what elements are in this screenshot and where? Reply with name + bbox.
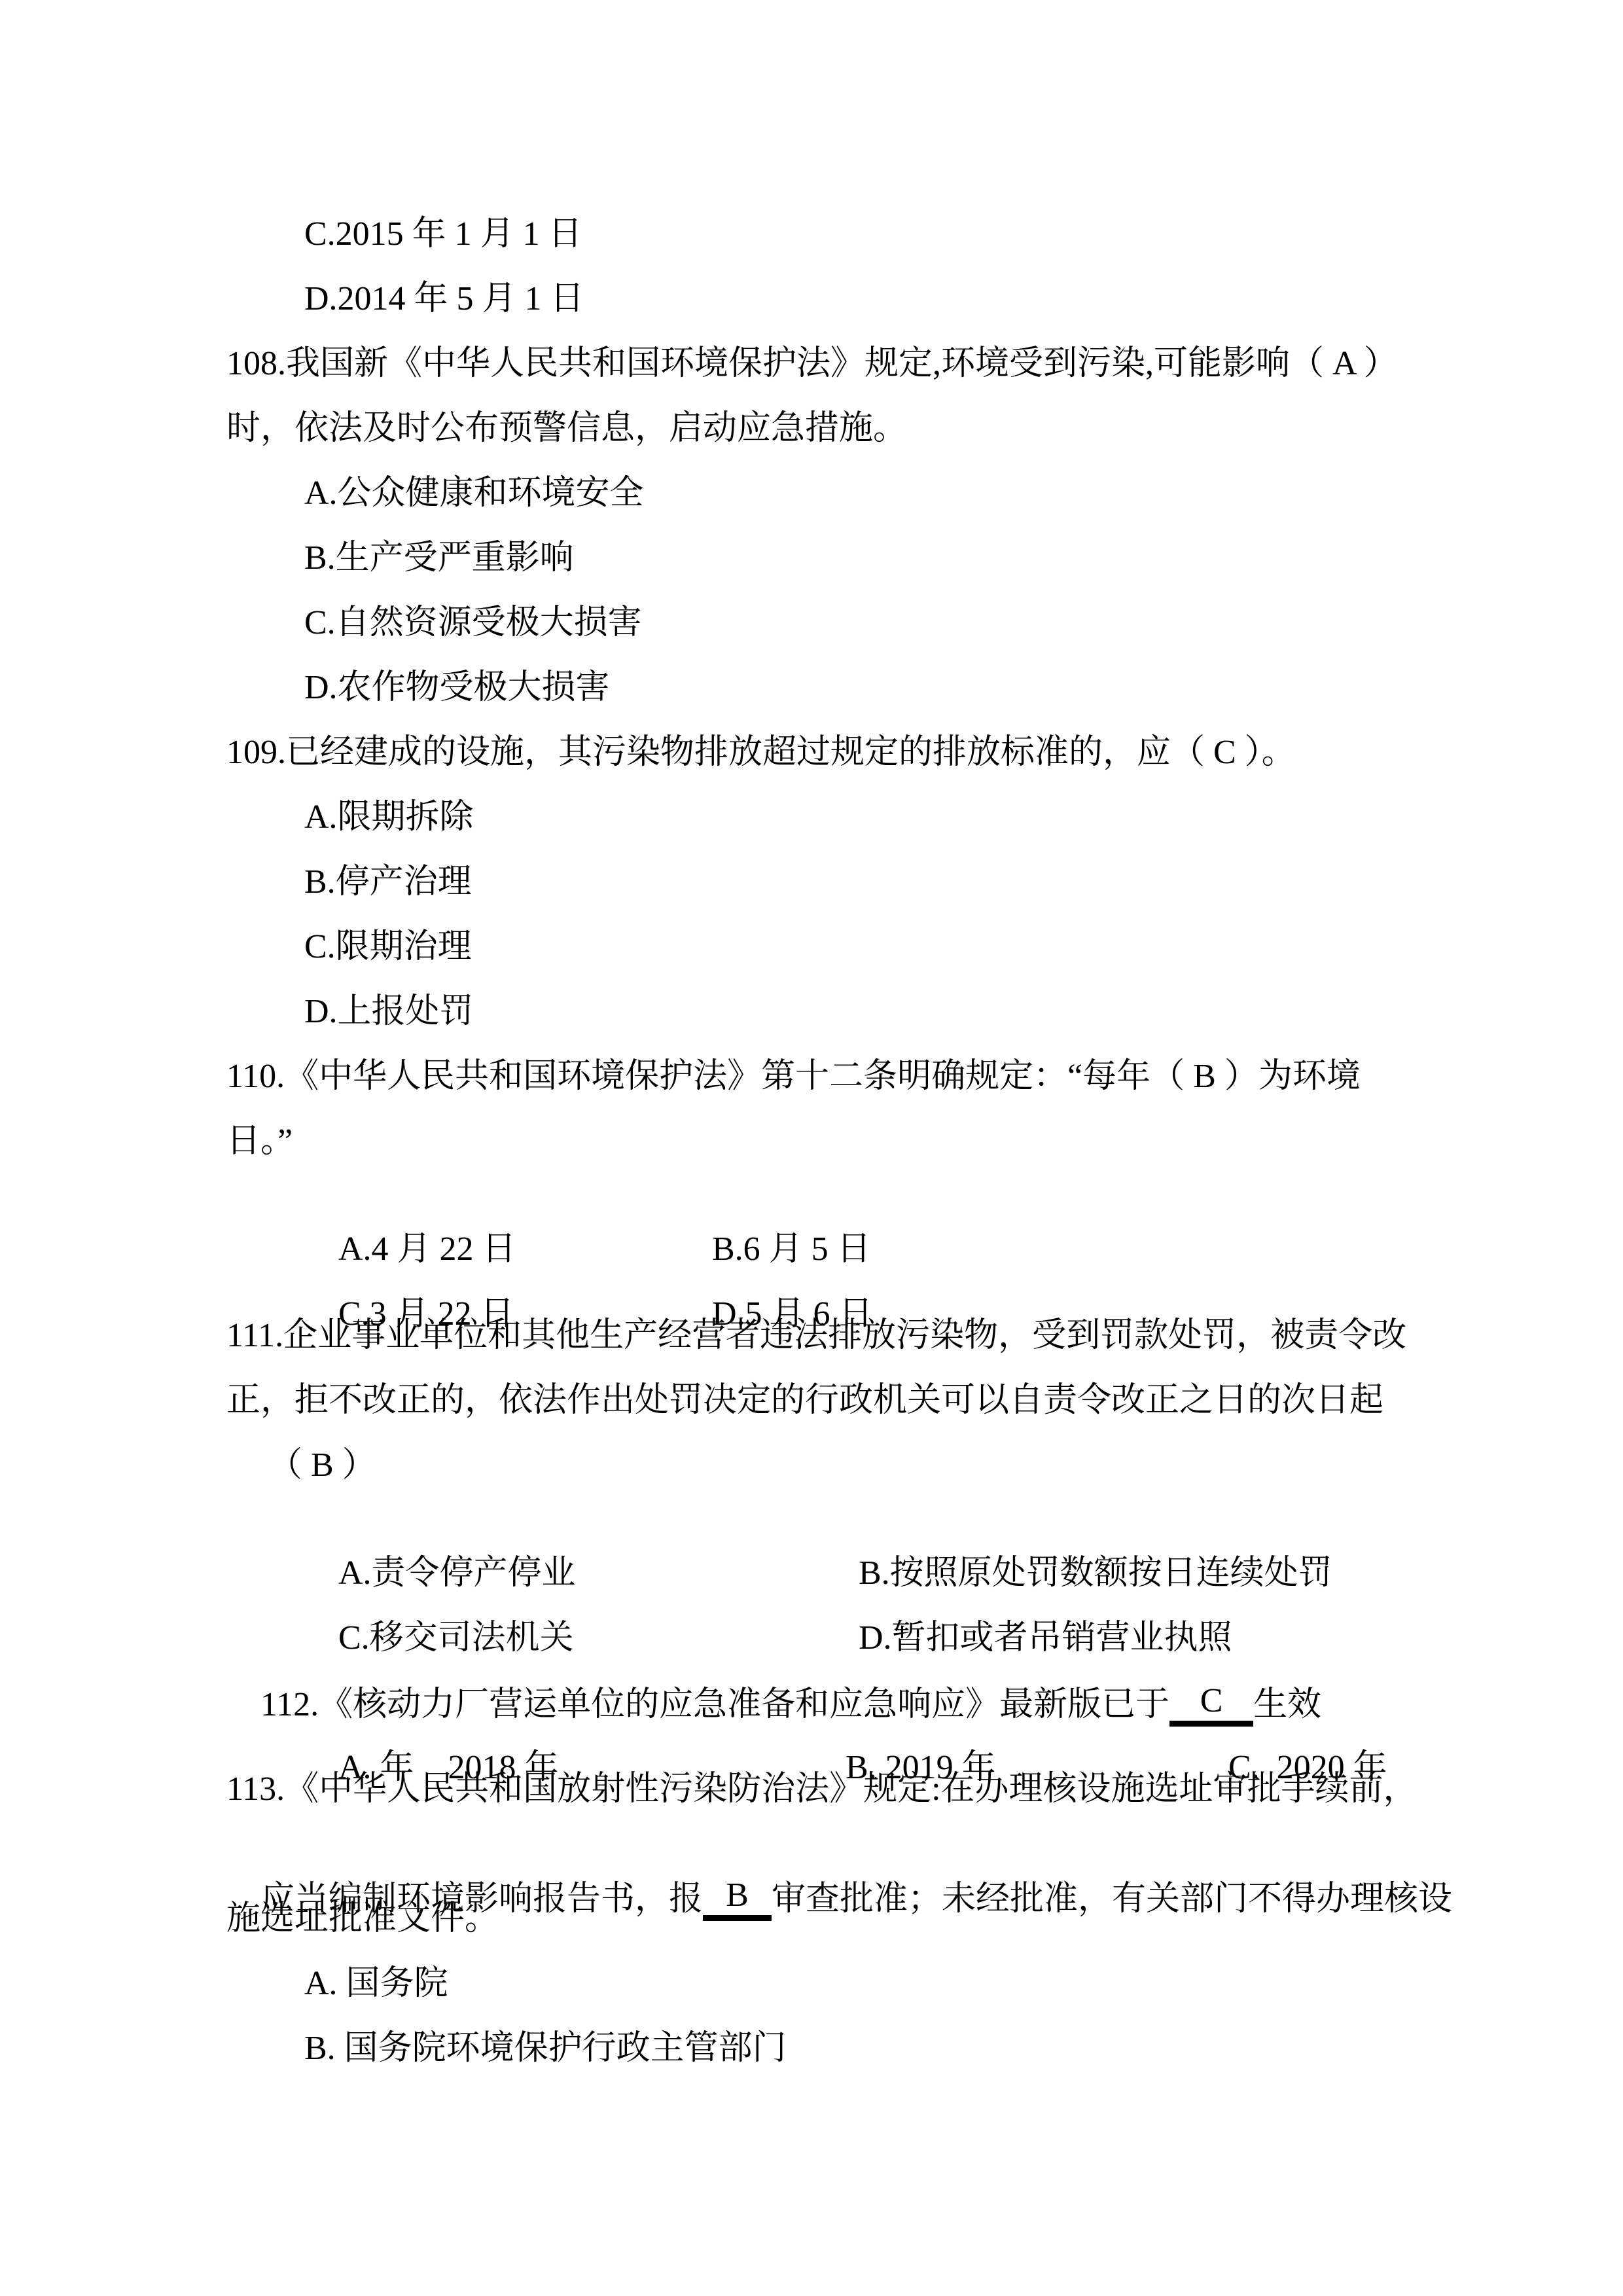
q107-option-c: C.2015 年 1 月 1 日 — [304, 213, 582, 256]
option-text: C.自然资源受极大损害 — [304, 604, 642, 641]
q109-option-c: C.限期治理 — [304, 925, 472, 969]
q109-stem: 109.已经建成的设施，其污染物排放超过规定的排放标准的，应（ C ）。 — [226, 731, 1296, 774]
q113-stem-line-1: 113.《中华人民共和国放射性污染防治法》规定:在办理核设施选址审批手续前， — [226, 1768, 1418, 1811]
q108-option-c: C.自然资源受极大损害 — [304, 601, 642, 645]
stem-text: 111.企业事业单位和其他生产经营者违法排放污染物，受到罚款处罚，被责令改 — [226, 1317, 1406, 1354]
q111-stem-line-2: 正，拒不改正的，依法作出处罚决定的行政机关可以自责令改正之日的次日起 — [226, 1379, 1383, 1422]
stem-text: 113.《中华人民共和国放射性污染防治法》规定:在办理核设施选址审批手续前， — [226, 1770, 1418, 1808]
stem-text: 109.已经建成的设施，其污染物排放超过规定的排放标准的，应（ C ）。 — [226, 734, 1296, 771]
q113-option-a: A. 国务院 — [304, 1962, 448, 2005]
option-text: A. 国务院 — [304, 1965, 448, 2002]
q111-options-row-ab: A.责令停产停业B.按照原处罚数额按日连续处罚 — [304, 1509, 1332, 1552]
q110-stem-line-1: 110.《中华人民共和国环境保护法》第十二条明确规定：“每年（ B ）为环境 — [226, 1055, 1361, 1098]
q112-options-row: A. 年 2018 年B. 2019 年C. 2020 年 — [304, 1703, 1387, 1746]
q108-option-b: B.生产受严重影响 — [304, 537, 574, 580]
q112-stem: 112.《核动力厂营运单位的应急准备和应急响应》最新版已于C生效 — [226, 1638, 1321, 1681]
q113-option-b: B. 国务院环境保护行政主管部门 — [304, 2027, 787, 2070]
option-text: D.2014 年 5 月 1 日 — [304, 280, 584, 317]
q109-option-d: D.上报处罚 — [304, 990, 474, 1033]
option-text: B. 国务院环境保护行政主管部门 — [304, 2030, 787, 2067]
q110-options-row-ab: A.4 月 22 日B.6 月 5 日 — [304, 1185, 871, 1228]
q108-stem-line-1: 108.我国新《中华人民共和国环境保护法》规定,环境受到污染,可能影响（ A ） — [226, 342, 1398, 386]
q108-option-d: D.农作物受极大损害 — [304, 666, 610, 709]
answer-blank-underline: B — [703, 1876, 772, 1921]
q109-option-b: B.停产治理 — [304, 861, 472, 904]
q113-stem-line-3: 施选址批准文件。 — [226, 1897, 499, 1941]
option-text: C.限期治理 — [304, 928, 472, 965]
option-text: A.限期拆除 — [304, 798, 474, 836]
q108-stem-line-2: 时，依法及时公布预警信息，启动应急措施。 — [226, 407, 907, 450]
q107-option-d: D.2014 年 5 月 1 日 — [304, 278, 584, 321]
option-text: A.公众健康和环境安全 — [304, 475, 644, 512]
q111-answer-paren: （ B ） — [268, 1444, 376, 1487]
q111-options-row-cd: C.移交司法机关D.暂扣或者吊销营业执照 — [304, 1573, 1232, 1617]
stem-text: 日。” — [226, 1122, 293, 1160]
option-text: B.停产治理 — [304, 863, 472, 901]
document-page: C.2015 年 1 月 1 日 D.2014 年 5 月 1 日 108.我国… — [0, 0, 1623, 2296]
stem-text: 施选址批准文件。 — [226, 1900, 499, 1937]
stem-text: 正，拒不改正的，依法作出处罚决定的行政机关可以自责令改正之日的次日起 — [226, 1382, 1383, 1419]
answer-text: （ B ） — [268, 1446, 376, 1484]
option-text: B.生产受严重影响 — [304, 539, 574, 577]
q109-option-a: A.限期拆除 — [304, 796, 474, 839]
q110-options-row-cd: C.3 月 22 日D.5 月 6 日 — [304, 1249, 873, 1293]
option-text: D.上报处罚 — [304, 993, 474, 1030]
q111-stem-line-1: 111.企业事业单位和其他生产经营者违法排放污染物，受到罚款处罚，被责令改 — [226, 1314, 1406, 1357]
stem-text: 时，依法及时公布预警信息，启动应急措施。 — [226, 410, 907, 447]
q108-option-a: A.公众健康和环境安全 — [304, 472, 644, 515]
q110-stem-line-2: 日。” — [226, 1120, 293, 1163]
stem-text: 108.我国新《中华人民共和国环境保护法》规定,环境受到污染,可能影响（ A ） — [226, 345, 1398, 382]
option-text: D.农作物受极大损害 — [304, 669, 610, 706]
option-text: C.2015 年 1 月 1 日 — [304, 215, 582, 253]
q113-stem-line-2: 应当编制环境影响报告书，报B审查批准；未经批准，有关部门不得办理核设 — [226, 1833, 1452, 1876]
stem-text: 审查批准；未经批准，有关部门不得办理核设 — [772, 1880, 1452, 1918]
stem-text: 110.《中华人民共和国环境保护法》第十二条明确规定：“每年（ B ）为环境 — [226, 1058, 1361, 1095]
